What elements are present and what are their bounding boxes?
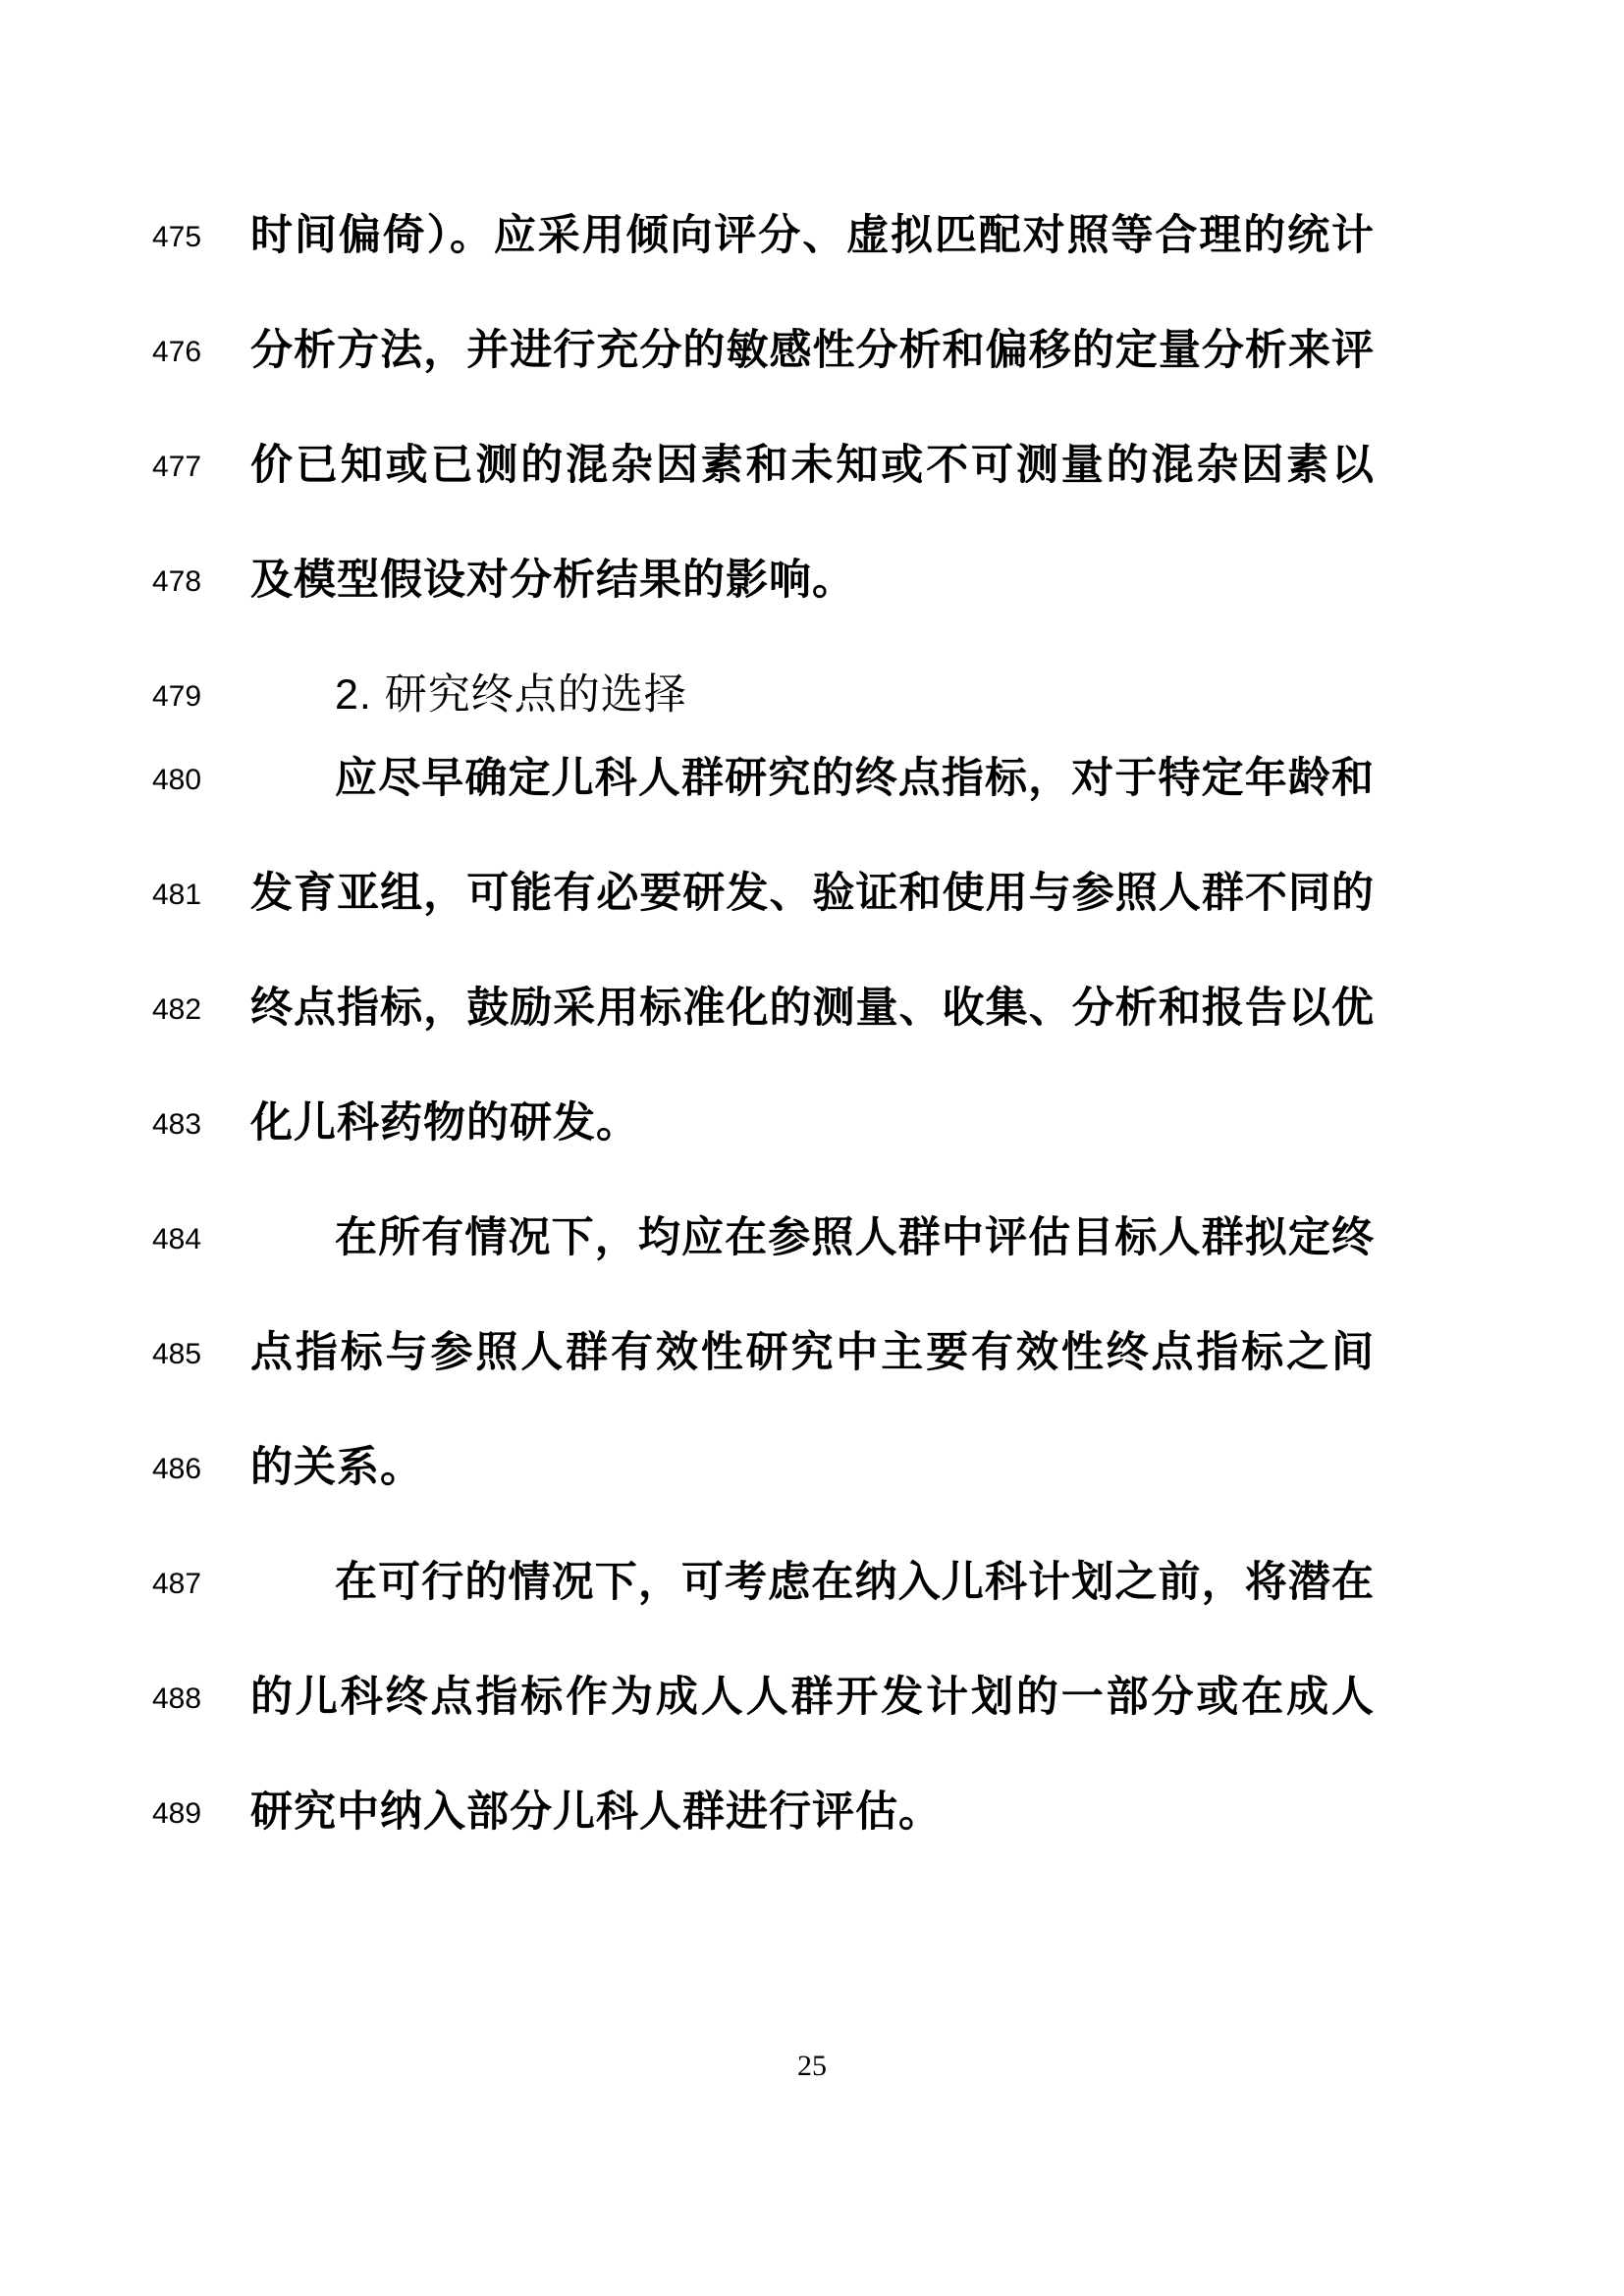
line-number: 485 [152, 1340, 201, 1369]
line-text: 的关系。 [250, 1443, 1375, 1492]
line-text: 2. 研究终点的选择 [250, 670, 1375, 720]
document-line: 477 价已知或已测的混杂因素和未知或不可测量的混杂因素以 [0, 441, 1624, 490]
document-line: 485 点指标与参照人群有效性研究中主要有效性终点指标之间 [0, 1328, 1624, 1377]
line-number: 480 [152, 766, 201, 795]
line-number: 483 [152, 1110, 201, 1140]
line-number: 481 [152, 881, 201, 910]
document-line: 475 时间偏倚）。应采用倾向评分、虚拟匹配对照等合理的统计 [0, 211, 1624, 260]
line-number: 476 [152, 338, 201, 367]
document-line: 486 的关系。 [0, 1443, 1624, 1492]
line-text: 及模型假设对分析结果的影响。 [250, 556, 1375, 605]
line-number: 484 [152, 1225, 201, 1255]
document-line: 481 发育亚组，可能有必要研发、验证和使用与参照人群不同的 [0, 869, 1624, 918]
line-number: 477 [152, 453, 201, 482]
line-text: 在所有情况下，均应在参照人群中评估目标人群拟定终 [250, 1213, 1375, 1262]
document-line: 476 分析方法，并进行充分的敏感性分析和偏移的定量分析来评 [0, 326, 1624, 375]
line-number: 482 [152, 995, 201, 1025]
document-line: 482 终点指标，鼓励采用标准化的测量、收集、分析和报告以优 [0, 984, 1624, 1033]
line-text: 点指标与参照人群有效性研究中主要有效性终点指标之间 [250, 1328, 1375, 1377]
line-number: 475 [152, 223, 201, 252]
line-text: 化儿科药物的研发。 [250, 1098, 1375, 1148]
page-number: 25 [0, 2050, 1624, 2083]
line-text: 发育亚组，可能有必要研发、验证和使用与参照人群不同的 [250, 869, 1375, 918]
line-text: 在可行的情况下，可考虑在纳入儿科计划之前，将潜在 [250, 1558, 1375, 1607]
document-line: 483 化儿科药物的研发。 [0, 1098, 1624, 1148]
document-line: 478 及模型假设对分析结果的影响。 [0, 556, 1624, 605]
document-line: 479 2. 研究终点的选择 [0, 670, 1624, 720]
line-text: 时间偏倚）。应采用倾向评分、虚拟匹配对照等合理的统计 [250, 211, 1375, 260]
line-text: 价已知或已测的混杂因素和未知或不可测量的混杂因素以 [250, 441, 1375, 490]
document-line: 488 的儿科终点指标作为成人人群开发计划的一部分或在成人 [0, 1673, 1624, 1722]
line-text: 终点指标，鼓励采用标准化的测量、收集、分析和报告以优 [250, 984, 1375, 1033]
document-line: 484 在所有情况下，均应在参照人群中评估目标人群拟定终 [0, 1213, 1624, 1262]
line-number: 478 [152, 567, 201, 597]
line-number: 487 [152, 1570, 201, 1599]
line-number: 488 [152, 1684, 201, 1714]
line-number: 479 [152, 682, 201, 712]
document-page: 475 时间偏倚）。应采用倾向评分、虚拟匹配对照等合理的统计 476 分析方法，… [0, 0, 1624, 2296]
line-text: 研究中纳入部分儿科人群进行评估。 [250, 1788, 1375, 1837]
line-container: 475 时间偏倚）。应采用倾向评分、虚拟匹配对照等合理的统计 476 分析方法，… [0, 211, 1624, 1902]
line-text: 的儿科终点指标作为成人人群开发计划的一部分或在成人 [250, 1673, 1375, 1722]
line-number: 489 [152, 1799, 201, 1829]
document-line: 487 在可行的情况下，可考虑在纳入儿科计划之前，将潜在 [0, 1558, 1624, 1607]
document-line: 489 研究中纳入部分儿科人群进行评估。 [0, 1788, 1624, 1837]
line-number: 486 [152, 1455, 201, 1484]
line-text: 分析方法，并进行充分的敏感性分析和偏移的定量分析来评 [250, 326, 1375, 375]
line-text: 应尽早确定儿科人群研究的终点指标，对于特定年龄和 [250, 754, 1375, 803]
document-line: 480 应尽早确定儿科人群研究的终点指标，对于特定年龄和 [0, 754, 1624, 803]
